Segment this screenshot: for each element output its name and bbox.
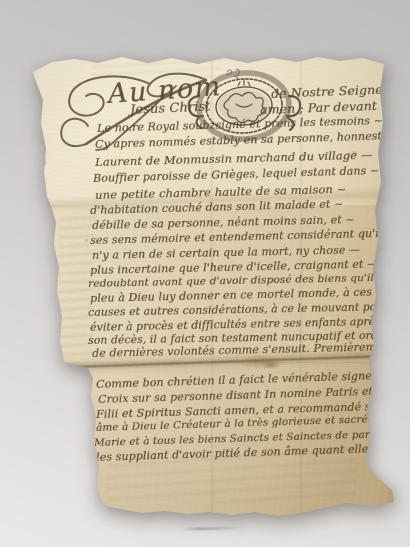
foxing-stain: [258, 359, 284, 371]
ink-spot: [84, 238, 89, 243]
photo-backdrop: Au nom de Nostre Seigneur Jesus Christ a…: [0, 0, 410, 547]
manuscript-paper: Au nom de Nostre Seigneur Jesus Christ a…: [0, 0, 410, 547]
marginal-mark: 2.: [82, 379, 91, 389]
invocation-nostre-seigneur: de Nostre Seigneur: [271, 81, 397, 101]
ink-spot: [40, 158, 47, 167]
paper-shadow-wrap: Au nom de Nostre Seigneur Jesus Christ a…: [0, 0, 410, 547]
invocation-jesus-christ: Jesus Christ: [130, 99, 211, 117]
